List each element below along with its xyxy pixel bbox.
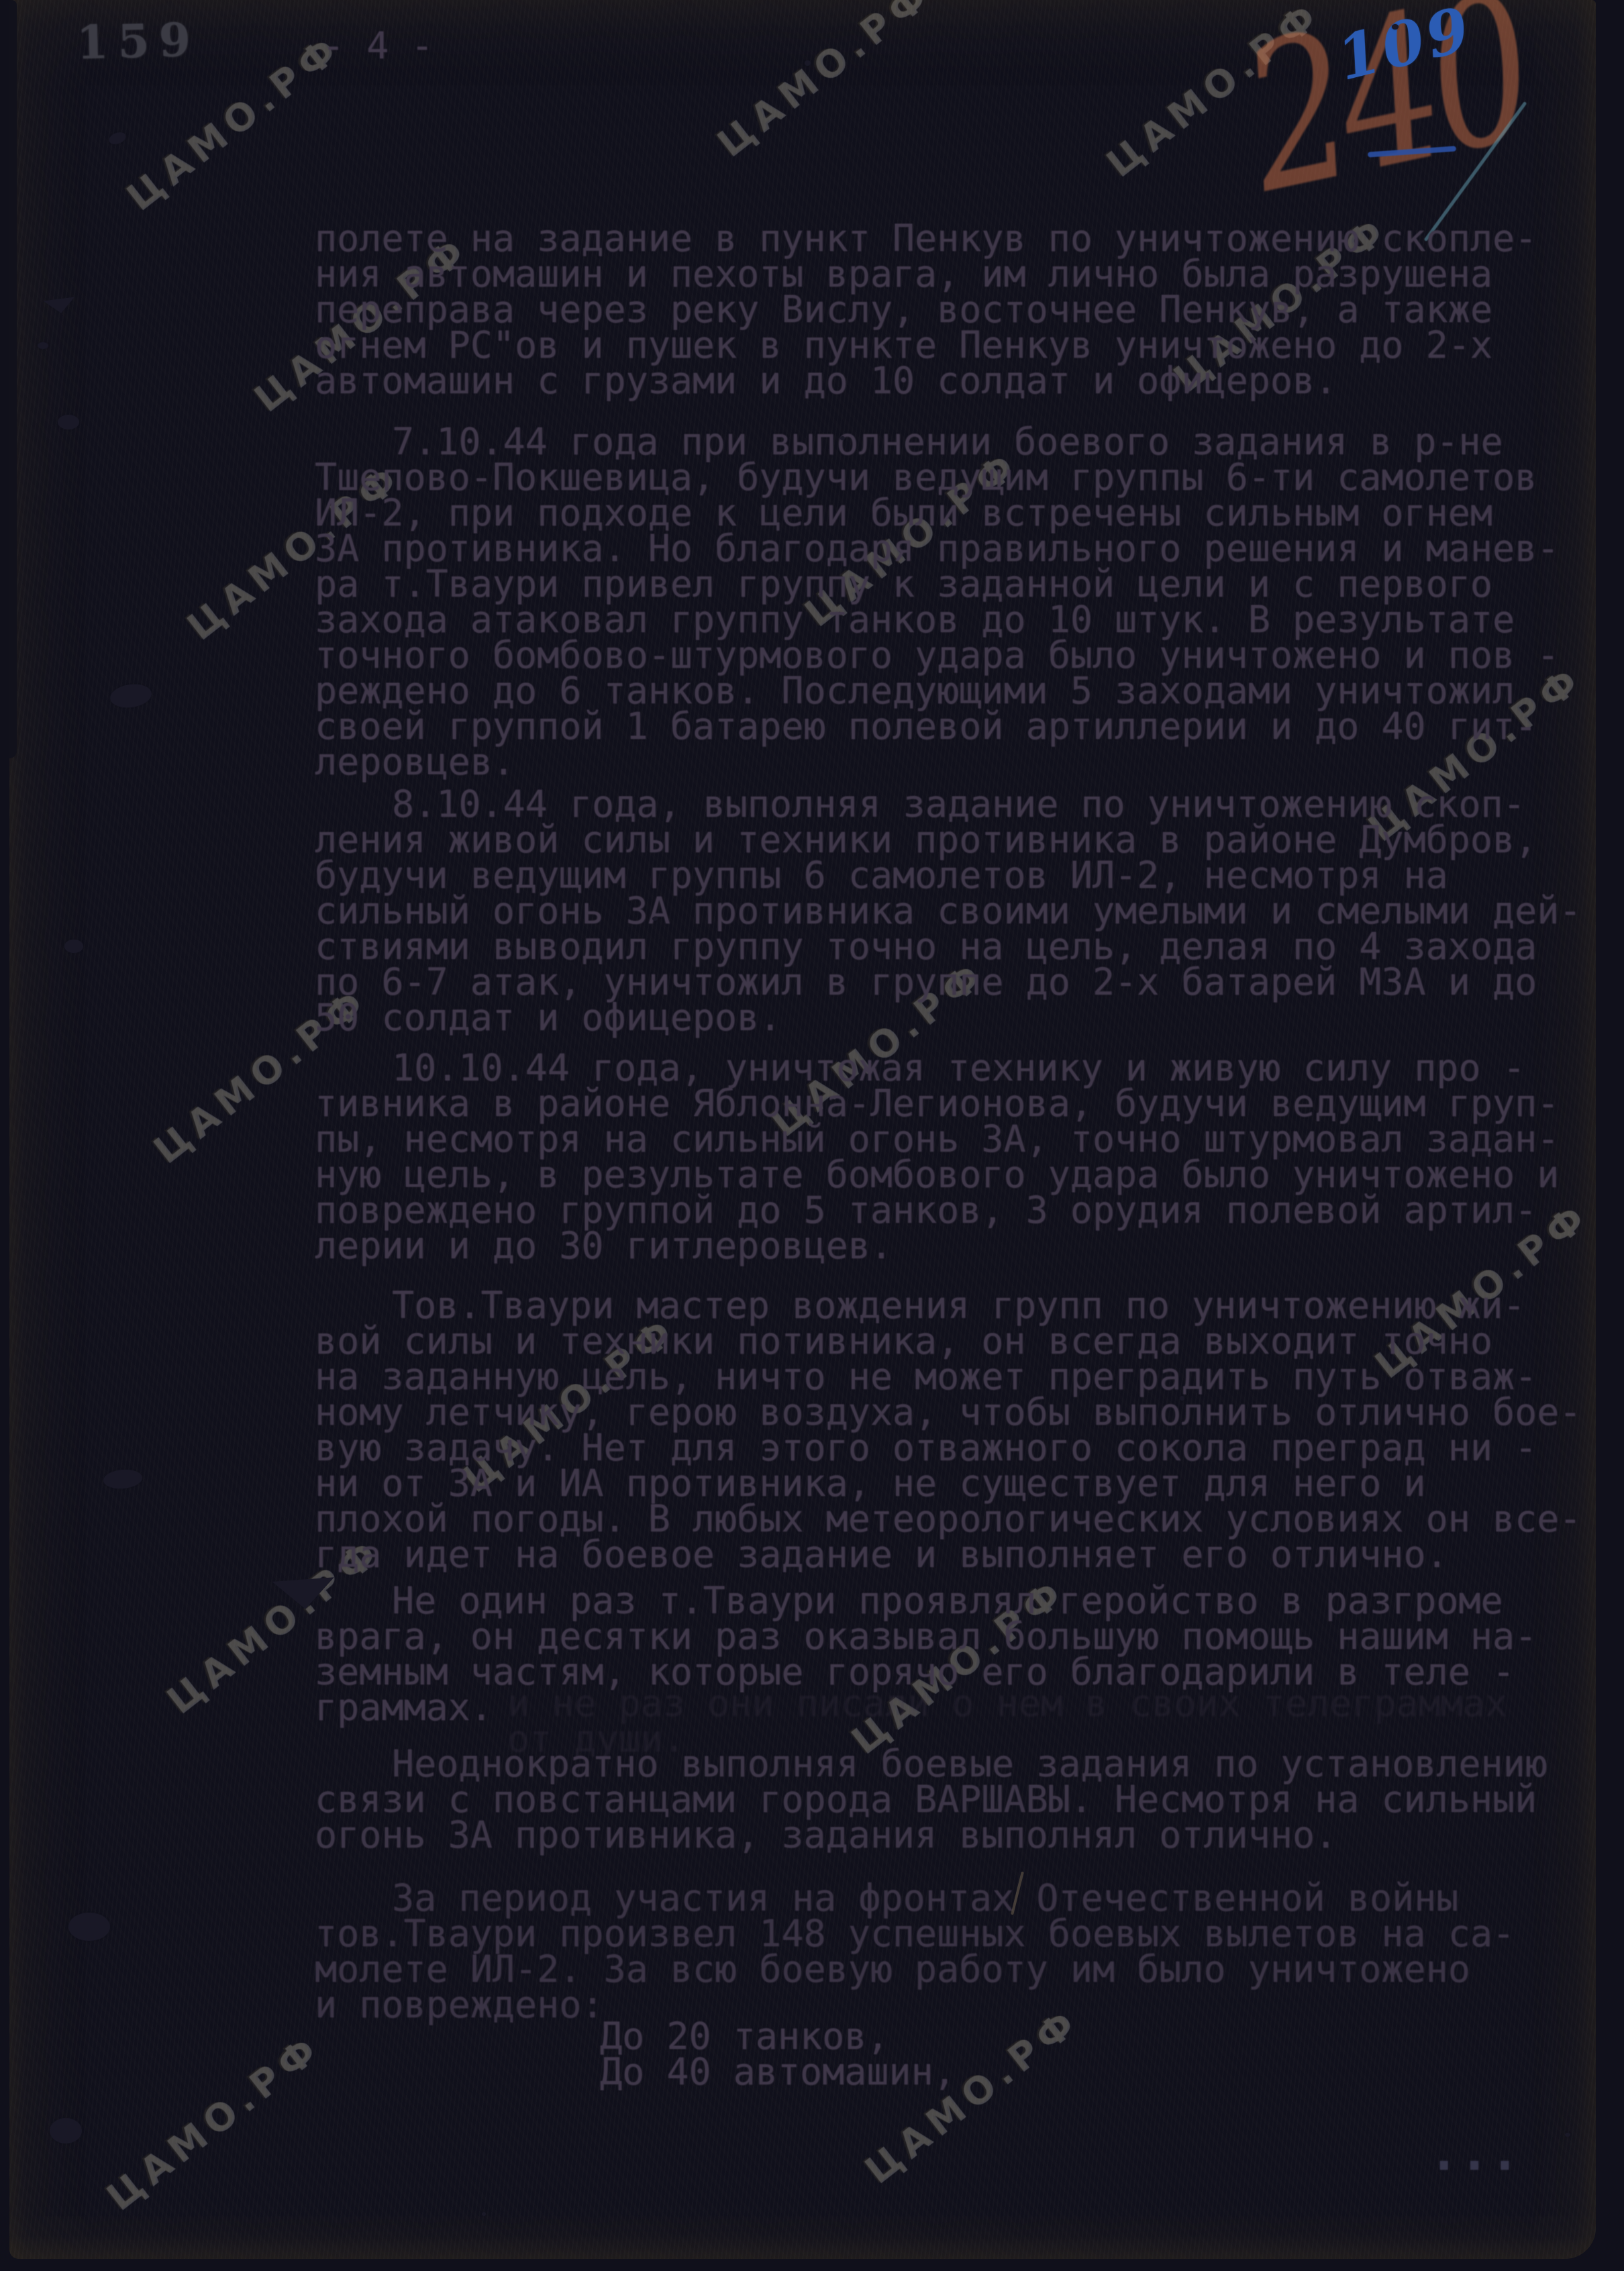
watermark-text: ЦАМО.РФ	[856, 1999, 1087, 2192]
ink-blot	[103, 1468, 143, 1491]
watermark-text: ЦАМО.РФ	[708, 0, 940, 166]
typed-paragraph-2: 7.10.44 года при выполнении боевого зада…	[315, 424, 1596, 780]
typed-page-number: - 4 -	[322, 28, 434, 64]
ink-blot	[268, 1567, 334, 1613]
paper-speck	[840, 436, 845, 440]
watermark-text: ЦАМО.РФ	[178, 455, 409, 649]
scanned-document-page: { "document": { "archive_sheet_number": …	[0, 0, 1624, 2271]
paper-speck	[805, 60, 811, 66]
pencil-slash-mark	[1011, 1871, 1024, 1915]
watermark-text: ЦАМО.РФ	[1366, 1193, 1596, 1387]
watermark-text: ЦАМО.РФ	[1097, 0, 1329, 186]
paper-speck	[64, 940, 83, 953]
watermark-text: ЦАМО.РФ	[97, 2025, 329, 2219]
watermark-text: ЦАМО.РФ	[144, 978, 376, 1172]
faded-erased-typed-line: и не раз они писали о нем в своих телегр…	[507, 1686, 1554, 1757]
watermark-text: ЦАМО.РФ	[158, 1529, 389, 1723]
paper-speck	[652, 917, 658, 921]
blue-pencil-stroke	[1424, 101, 1527, 242]
typed-paragraph-5: Тов.Тваури мастер вождения групп по унич…	[315, 1288, 1596, 1572]
watermark-text: ЦАМО.РФ	[842, 1569, 1074, 1763]
ink-blot	[42, 294, 74, 315]
typed-paragraph-1: полете на задание в пункт Пенкув по унич…	[315, 221, 1596, 399]
scan-left-edge-shadow	[9, 0, 17, 758]
archive-sheet-number-stamp: 159	[76, 13, 201, 70]
totals-list: До 20 танков, До 40 автомашин,	[600, 2019, 1204, 2090]
paper-edge-shading	[9, 0, 1596, 2259]
watermark-text: ЦАМО.РФ	[795, 442, 1027, 636]
watermark-text: ЦАМО.РФ	[1359, 656, 1590, 850]
paper-speck	[58, 415, 79, 430]
watermark-text: ЦАМО.РФ	[453, 1307, 684, 1501]
paper-speck	[1180, 1396, 1184, 1401]
typed-paragraph-7: Неоднократно выполняя боевые задания по …	[315, 1746, 1596, 1853]
paper-speck	[107, 130, 128, 146]
typed-paragraph-8: За период участия на фронтах Отечественн…	[315, 1880, 1596, 2023]
paper-speck	[482, 2212, 486, 2216]
typed-paragraph-4: 10.10.44 года, уничтожая технику и живую…	[315, 1050, 1596, 1264]
trailing-dots: ...	[1429, 2125, 1521, 2181]
ink-blot	[109, 682, 153, 710]
paper-sheet: ЦАМО.РФЦАМО.РФЦАМО.РФЦАМО.РФЦАМО.РФЦАМО.…	[9, 0, 1596, 2259]
blue-pen-dash-mark	[1368, 146, 1456, 157]
handwritten-blue-pen-number: 109	[1330, 0, 1479, 95]
paper-speck	[1565, 2133, 1570, 2137]
typed-paragraph-3: 8.10.44 года, выполняя задание по уничто…	[315, 787, 1596, 1036]
paper-grain-texture	[9, 0, 1596, 2259]
watermark-text: ЦАМО.РФ	[245, 227, 476, 421]
paper-speck	[38, 342, 48, 349]
watermark-text: ЦАМО.РФ	[762, 952, 993, 1146]
ink-blot	[50, 2118, 82, 2143]
typed-paragraph-6: Не один раз т.Тваури проявлял геройство …	[315, 1583, 1596, 1725]
ink-blot	[68, 1913, 110, 1941]
watermark-text: ЦАМО.РФ	[1164, 207, 1396, 401]
